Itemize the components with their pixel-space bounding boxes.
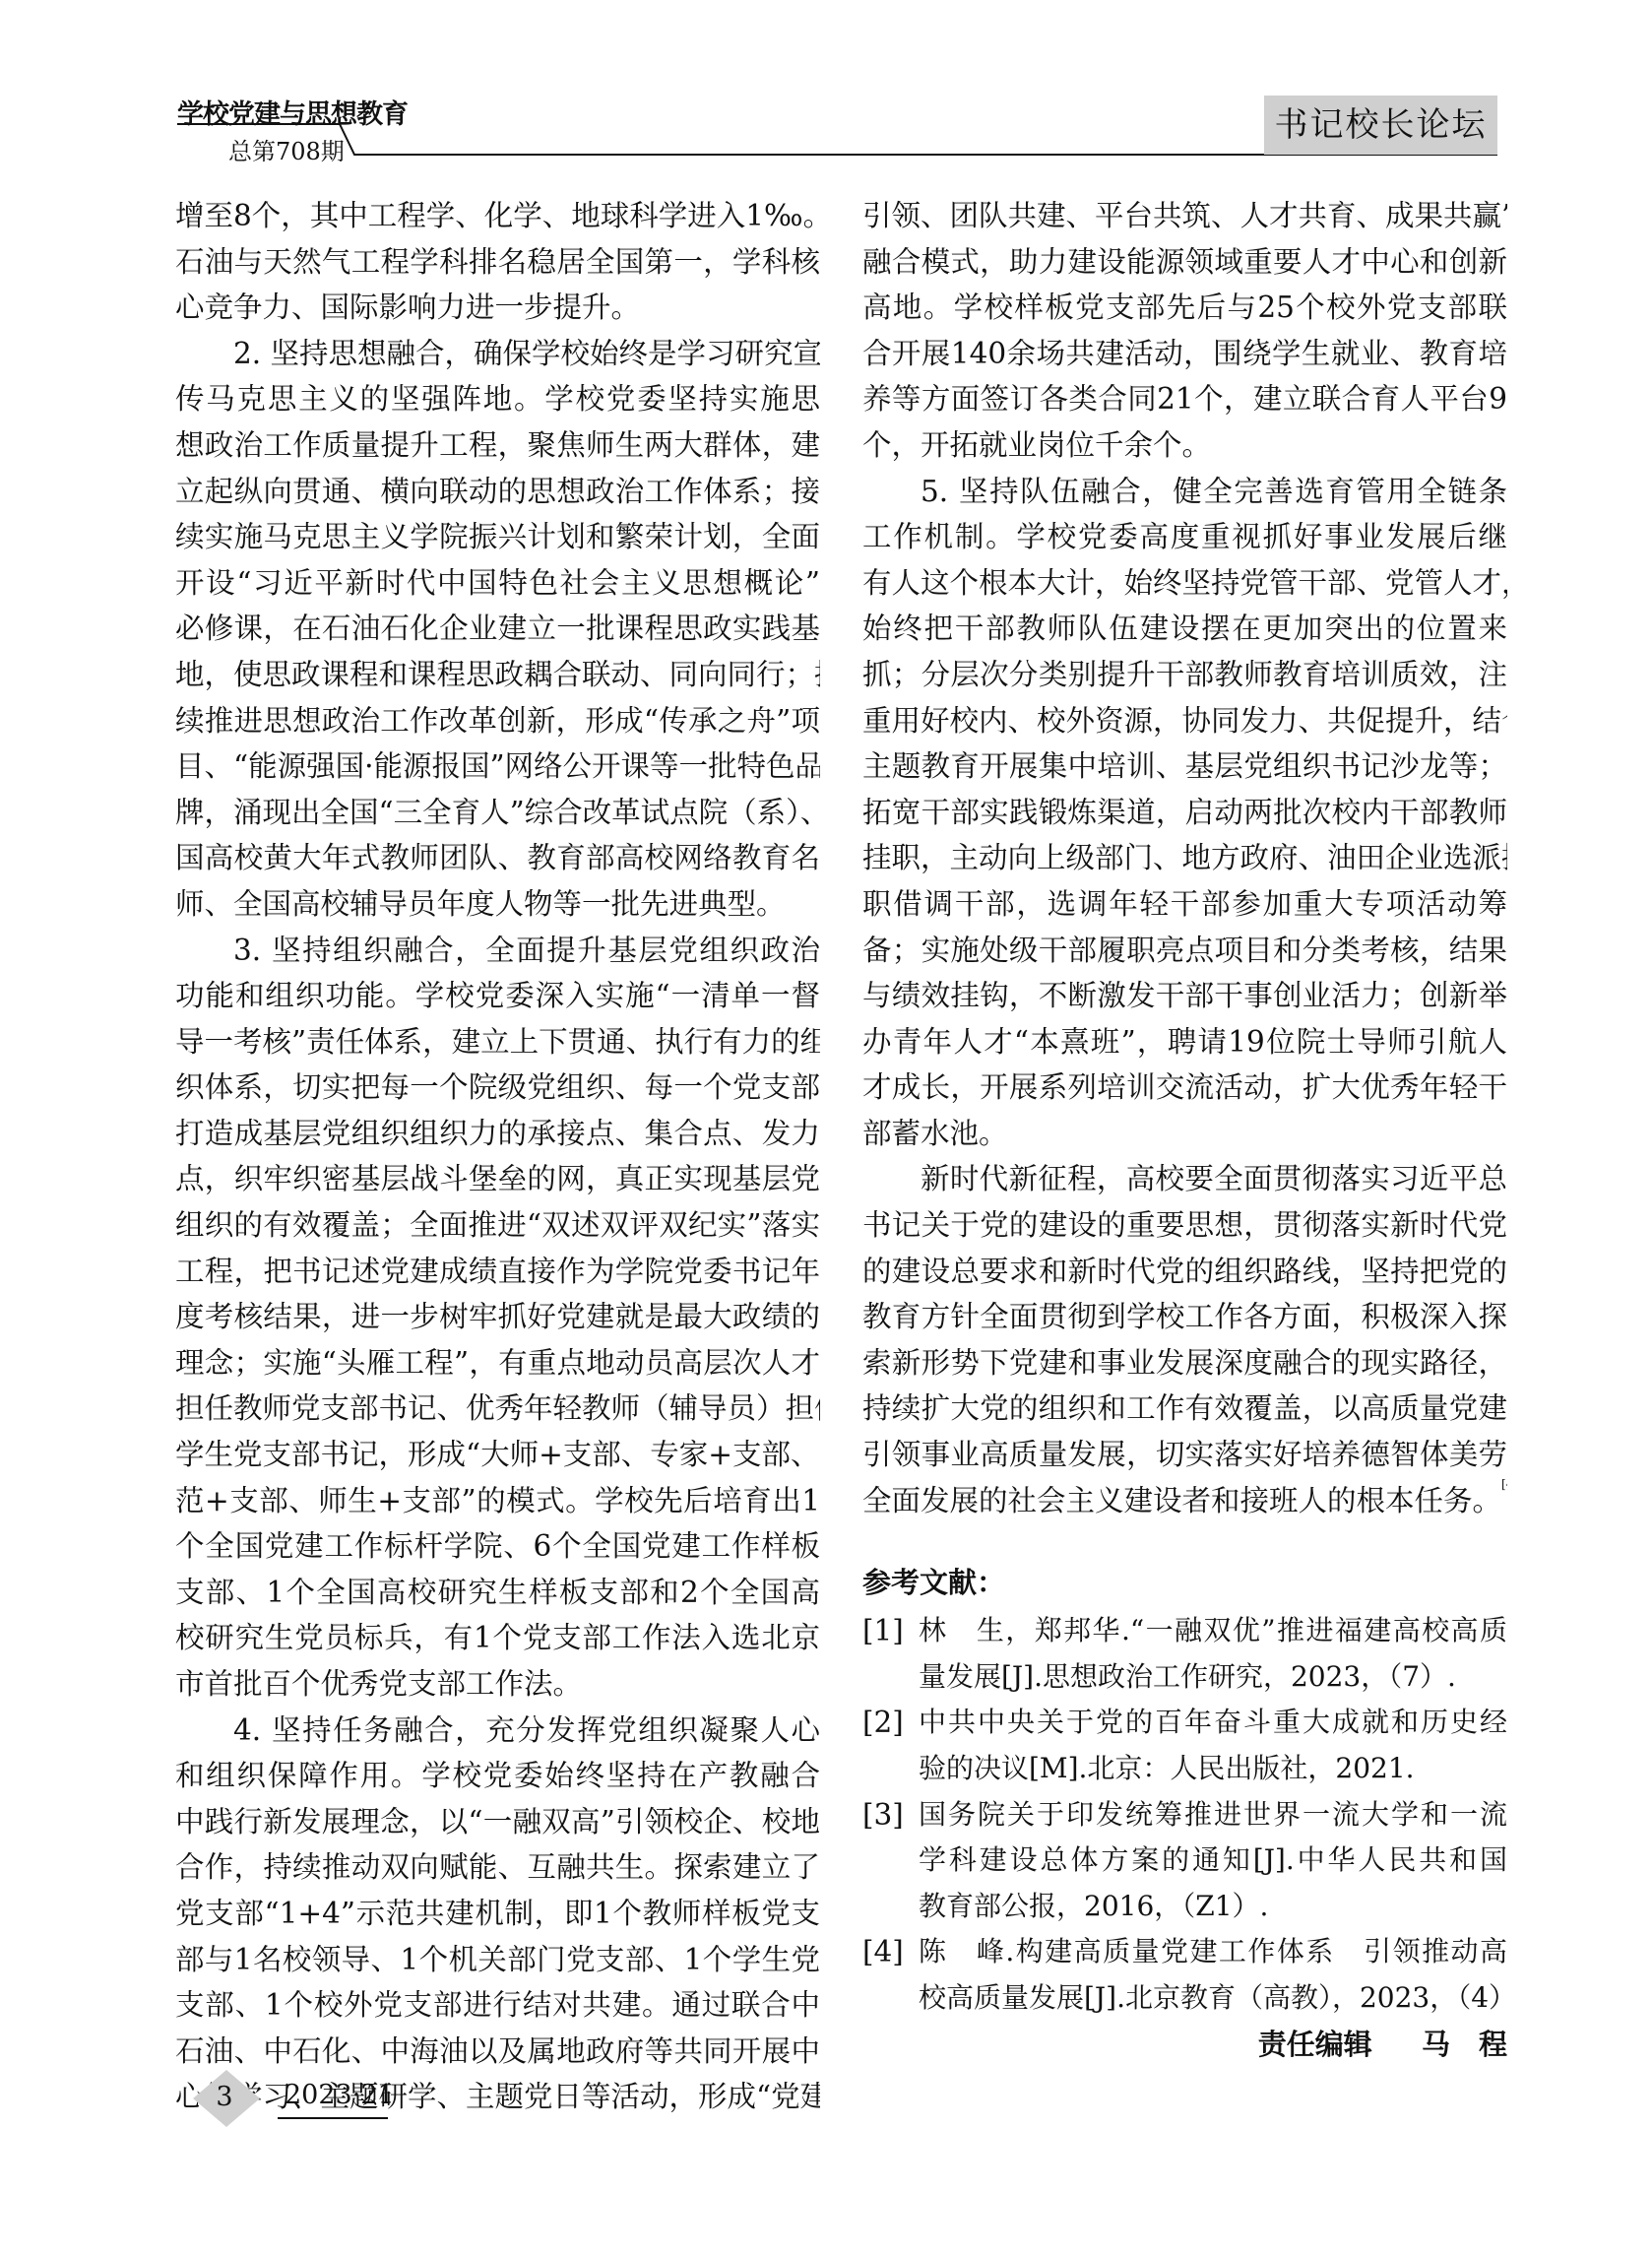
body-text-line: 部蓄水池。 [862,1111,1507,1157]
body-text-line: 职借调干部，选调年轻干部参加重大专项活动筹 [862,881,1507,928]
body-text-line: 校研究生党员标兵，有1个党支部工作法入选北京 [175,1615,820,1661]
body-text-line: 开设“习近平新时代中国特色社会主义思想概论” [175,560,820,607]
body-text-line: 想政治工作质量提升工程，聚焦师生两大群体，建 [175,422,820,469]
reference-text-line: 校高质量发展[J].北京教育（高教），2023，（4）. [919,1975,1507,2022]
reference-item: [4]陈 峰.构建高质量党建工作体系 引领推动高校高质量发展[J].北京教育（高… [862,1929,1507,2021]
body-text-line: 石油、中石化、中海油以及属地政府等共同开展中 [175,2029,820,2075]
body-text-line: 牌，涌现出全国“三全育人”综合改革试点院（系）、全 [175,790,820,836]
body-text-line: 书记关于党的建设的重要思想，贯彻落实新时代党 [862,1202,1507,1249]
reference-number: [2] [862,1700,904,1746]
page-number: 3 [195,2078,254,2117]
body-text-line: 导一考核”责任体系，建立上下贯通、执行有力的组 [175,1019,820,1065]
body-text-line: 地，使思政课程和课程思政耦合联动、同向同行；持 [175,652,820,698]
left-column: 增至8个，其中工程学、化学、地球科学进入1‰。石油与天然气工程学科排名稳居全国第… [175,193,820,2120]
body-text-line: 担任教师党支部书记、优秀年轻教师（辅导员）担任 [175,1386,820,1432]
body-text-line: 学生党支部书记，形成“大师+支部、专家+支部、模 [175,1432,820,1478]
editor-label: 责任编辑 [1258,2022,1372,2067]
references-title: 参考文献： [862,1557,1507,1608]
references-list: [1]林 生，郑邦华.“一融双优”推进福建高校高质量发展[J].思想政治工作研究… [862,1608,1507,2021]
body-text-line: 始终把干部教师队伍建设摆在更加突出的位置来 [862,606,1507,652]
body-text-line: 新时代新征程，高校要全面贯彻落实习近平总 [862,1156,1507,1202]
body-text-line: 范+支部、师生+支部”的模式。学校先后培育出1 [175,1478,820,1524]
body-text-line: 心组学习、主题研学、主题党日等活动，形成“党建 [175,2074,820,2120]
section-heading-line: 4. 坚持任务融合，充分发挥党组织凝聚人心 [175,1708,820,1754]
body-text-line: 与绩效挂钩，不断激发干部干事创业活力；创新举 [862,973,1507,1019]
body-text-line: 个，开拓就业岗位千余个。 [862,422,1507,469]
reference-text-line: 陈 峰.构建高质量党建工作体系 引领推动高 [919,1929,1507,1975]
body-text-line: 理念；实施“头雁工程”，有重点地动员高层次人才 [175,1340,820,1386]
reference-text-line: 国务院关于印发统筹推进世界一流大学和一流 [919,1792,1507,1838]
issue-date: 2023·21 [285,2076,395,2115]
body-text-line: 抓；分层次分类别提升干部教师教育培训质效，注 [862,652,1507,698]
body-text-line: 点，织牢织密基层战斗堡垒的网，真正实现基层党 [175,1156,820,1202]
body-text-line: 主题教育开展集中培训、基层党组织书记沙龙等； [862,743,1507,790]
body-text-line: 必修课，在石油石化企业建立一批课程思政实践基 [175,606,820,652]
body-text-line: 国高校黄大年式教师团队、教育部高校网络教育名 [175,835,820,881]
body-text-line: 办青年人才“本熹班”，聘请19位院士导师引航人 [862,1019,1507,1065]
body-text-line: 功能和组织功能。学校党委深入实施“一清单一督 [175,973,820,1019]
footer-rule [278,2117,388,2119]
body-text-line: 市首批百个优秀党支部工作法。 [175,1661,820,1708]
body-text-line: 的建设总要求和新时代党的组织路线，坚持把党的 [862,1249,1507,1295]
section-heading-line: 2. 坚持思想融合，确保学校始终是学习研究宣 [175,331,820,377]
body-text-line: 合作，持续推动双向赋能、互融共生。探索建立了 [175,1844,820,1891]
body-text-line: 才成长，开展系列培训交流活动，扩大优秀年轻干 [862,1064,1507,1111]
body-text-line: 高地。学校样板党支部先后与25个校外党支部联 [862,285,1507,331]
reference-text-line: 量发展[J].思想政治工作研究，2023，（7）. [919,1654,1507,1701]
reference-text-line: 林 生，郑邦华.“一融双优”推进福建高校高质 [919,1608,1507,1654]
body-text-line: 个全国党建工作标杆学院、6个全国党建工作样板 [175,1523,820,1570]
reference-item: [2]中共中央关于党的百年奋斗重大成就和历史经验的决议[M].北京：人民出版社，… [862,1700,1507,1791]
body-text-line: 组织的有效覆盖；全面推进“双述双评双纪实”落实 [175,1202,820,1249]
reference-item: [1]林 生，郑邦华.“一融双优”推进福建高校高质量发展[J].思想政治工作研究… [862,1608,1507,1700]
body-text-line: 心竞争力、国际影响力进一步提升。 [175,285,820,331]
section-heading-line: 3. 坚持组织融合，全面提升基层党组织政治 [175,928,820,974]
reference-text-line: 学科建设总体方案的通知[J].中华人民共和国 [919,1838,1507,1884]
body-text-line: 持续扩大党的组织和工作有效覆盖，以高质量党建 [862,1386,1507,1432]
right-column: 引领、团队共建、平台共筑、人才共育、成果共赢”的融合模式，助力建设能源领域重要人… [862,193,1507,2067]
body-text-line: 教育方针全面贯彻到学校工作各方面，积极深入探 [862,1294,1507,1340]
body-text-line: 续实施马克思主义学院振兴计划和繁荣计划，全面 [175,514,820,560]
body-text-line: 目、“能源强国·能源报国”网络公开课等一批特色品 [175,743,820,790]
body-text-line: 工程，把书记述党建成绩直接作为学院党委书记年 [175,1249,820,1295]
reference-number: [4] [862,1929,904,1975]
body-text-line: 和组织保障作用。学校党委始终坚持在产教融合 [175,1753,820,1799]
body-text-line: 挂职，主动向上级部门、地方政府、油田企业选派挂 [862,835,1507,881]
body-text-line: 工作机制。学校党委高度重视抓好事业发展后继 [862,514,1507,560]
body-text-line: 传马克思主义的坚强阵地。学校党委坚持实施思 [175,376,820,422]
editor-name: 马 程 [1422,2022,1507,2067]
body-text-line: 增至8个，其中工程学、化学、地球科学进入1‰。 [175,193,820,239]
body-text-line: 融合模式，助力建设能源领域重要人才中心和创新 [862,239,1507,286]
body-text-line: 党支部“1+4”示范共建机制，即1个教师样板党支 [175,1891,820,1937]
body-text-line: 索新形势下党建和事业发展深度融合的现实路径， [862,1340,1507,1386]
body-text-line: 续推进思想政治工作改革创新，形成“传承之舟”项 [175,698,820,744]
body-text-line: 师、全国高校辅导员年度人物等一批先进典型。 [175,881,820,928]
reference-text-line: 验的决议[M].北京：人民出版社，2021. [919,1746,1507,1792]
body-text-line: 石油与天然气工程学科排名稳居全国第一，学科核 [175,239,820,286]
reference-number: [1] [862,1608,904,1654]
body-text-line: 重用好校内、校外资源，协同发力、共促提升，结合 [862,698,1507,744]
body-text-line: 支部、1个校外党支部进行结对共建。通过联合中 [175,1982,820,2029]
body-text-line: 备；实施处级干部履职亮点项目和分类考核，结果 [862,928,1507,974]
body-text-line: 打造成基层党组织组织力的承接点、集合点、发力 [175,1111,820,1157]
body-text-line: 养等方面签订各类合同21个，建立联合育人平台9 [862,376,1507,422]
body-text-line: 支部、1个全国高校研究生样板支部和2个全国高 [175,1570,820,1616]
reference-number: [3] [862,1792,904,1838]
body-text-line: 引领事业高质量发展，切实落实好培养德智体美劳 [862,1432,1507,1478]
reference-text-line: 教育部公报，2016，（Z1）. [919,1884,1507,1930]
body-text-line: 度考核结果，进一步树牢抓好党建就是最大政绩的 [175,1294,820,1340]
reference-text-line: 中共中央关于党的百年奋斗重大成就和历史经 [919,1700,1507,1746]
body-text-line: 立起纵向贯通、横向联动的思想政治工作体系；接 [175,469,820,515]
citation-marker: [4] [1501,1478,1507,1491]
body-text-line: 中践行新发展理念，以“一融双高”引领校企、校地 [175,1799,820,1845]
body-text-line: 织体系，切实把每一个院级党组织、每一个党支部 [175,1064,820,1111]
body-text-line: 拓宽干部实践锻炼渠道，启动两批次校内干部教师 [862,790,1507,836]
section-heading-line: 5. 坚持队伍融合，健全完善选育管用全链条 [862,469,1507,515]
body-text-line: 合开展140余场共建活动，围绕学生就业、教育培 [862,331,1507,377]
section-label: 书记校长论坛 [1264,96,1497,155]
body-text-line: 有人这个根本大计，始终坚持党管干部、党管人才， [862,560,1507,607]
editor-credit: 责任编辑 马 程 [862,2022,1507,2067]
reference-item: [3]国务院关于印发统筹推进世界一流大学和一流学科建设总体方案的通知[J].中华… [862,1792,1507,1930]
body-text-line: 引领、团队共建、平台共筑、人才共育、成果共赢”的 [862,193,1507,239]
body-text-line: 部与1名校领导、1个机关部门党支部、1个学生党 [175,1937,820,1983]
body-text-line: 全面发展的社会主义建设者和接班人的根本任务。[4] [862,1478,1507,1524]
